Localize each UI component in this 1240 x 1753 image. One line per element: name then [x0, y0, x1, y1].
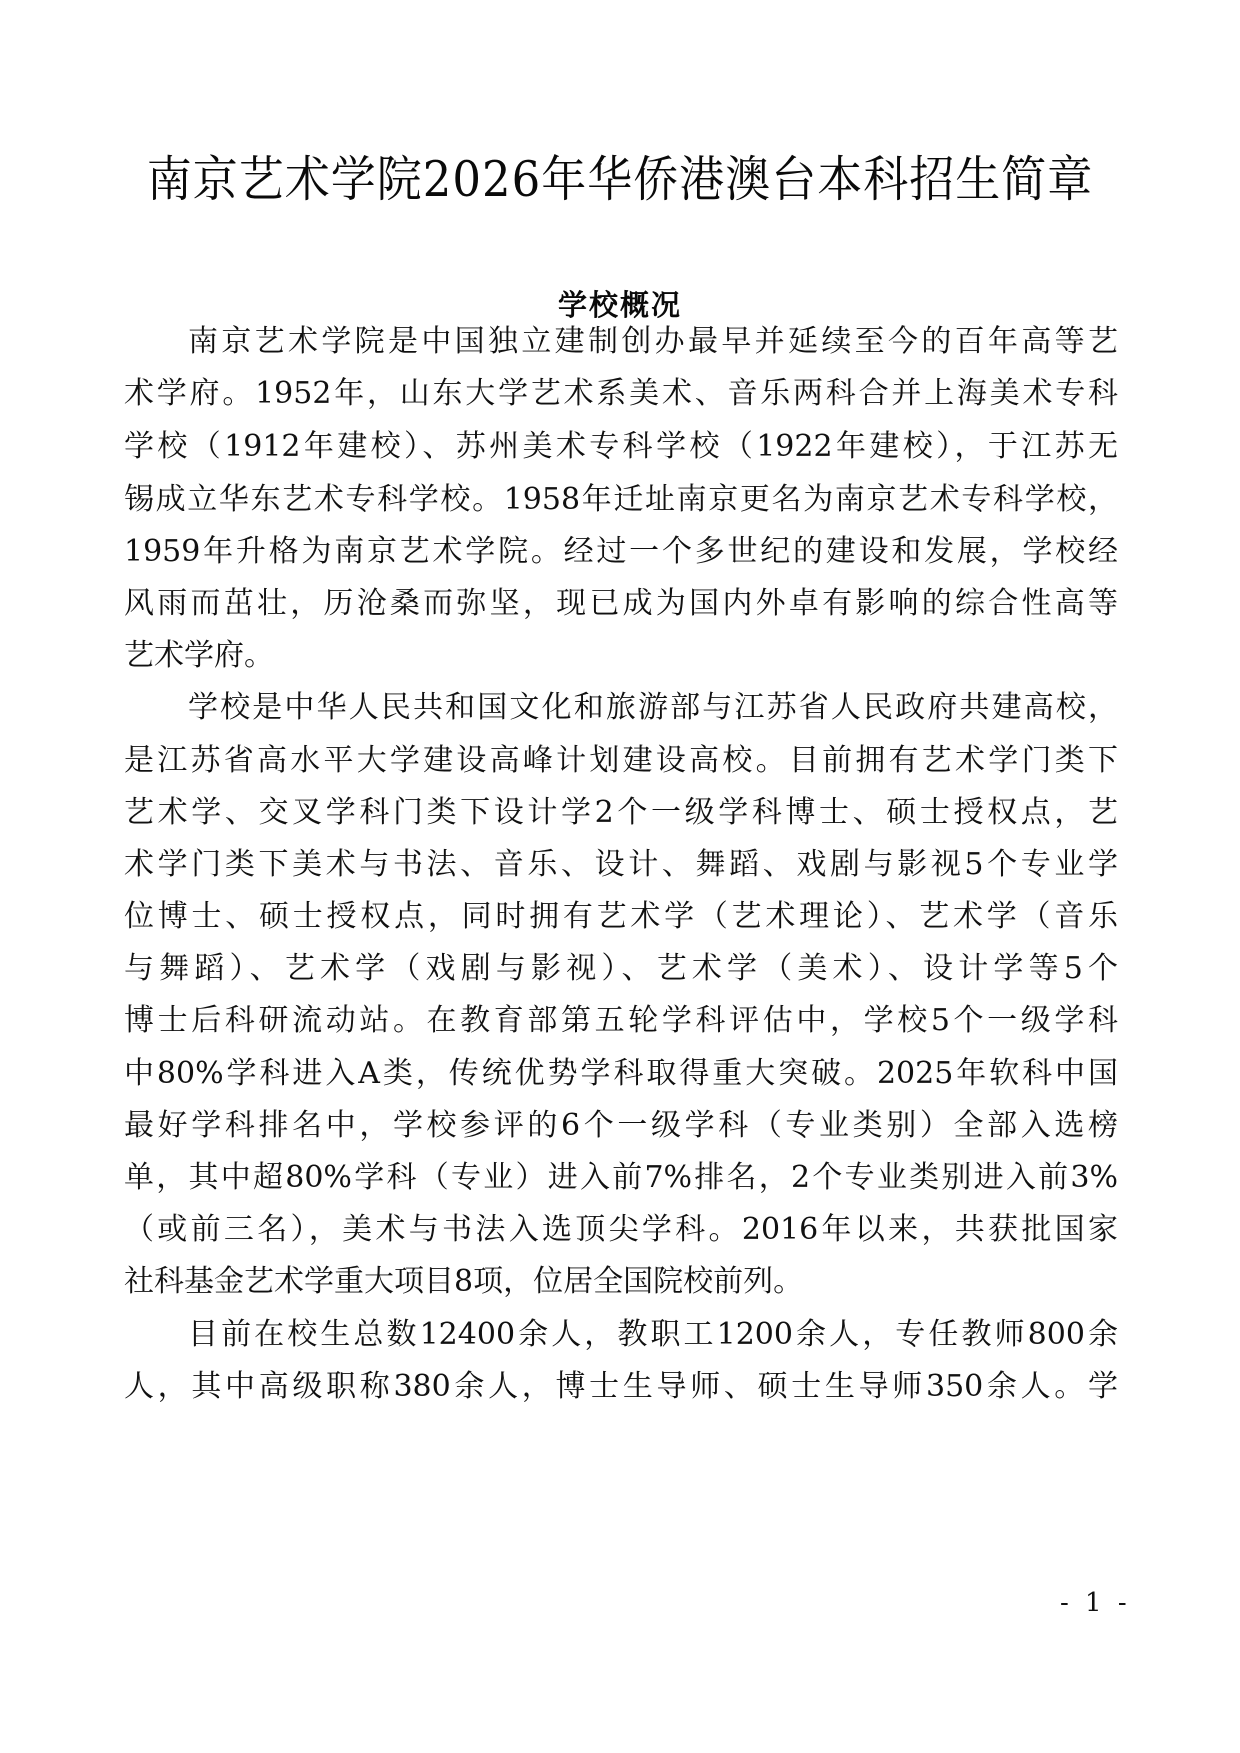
text-line: 术学府。1952年，山东大学艺术系美术、音乐两科合并上海美术专科 — [124, 372, 1118, 416]
text-line: 人，其中高级职称380余人，博士生导师、硕士生导师350余人。学 — [124, 1365, 1118, 1409]
text-line: 与舞蹈）、艺术学（戏剧与影视）、艺术学（美术）、设计学等5个 — [124, 947, 1118, 991]
text-line: 锡成立华东艺术专科学校。1958年迁址南京更名为南京艺术专科学校， — [124, 478, 1118, 522]
section-heading: 学校概况 — [0, 285, 1240, 325]
document-page: 南京艺术学院2026年华侨港澳台本科招生简章 学校概况 南京艺术学院是中国独立建… — [0, 0, 1240, 1753]
text-line: 博士后科研流动站。在教育部第五轮学科评估中，学校5个一级学科 — [124, 999, 1118, 1043]
text-line: 1959年升格为南京艺术学院。经过一个多世纪的建设和发展，学校经 — [124, 530, 1118, 574]
text-line: 学校是中华人民共和国文化和旅游部与江苏省人民政府共建高校， — [188, 686, 1118, 730]
document-title: 南京艺术学院2026年华侨港澳台本科招生简章 — [0, 148, 1240, 213]
text-line: 是江苏省高水平大学建设高峰计划建设高校。目前拥有艺术学门类下 — [124, 739, 1118, 783]
text-line: 风雨而茁壮，历沧桑而弥坚，现已成为国内外卓有影响的综合性高等 — [124, 582, 1118, 626]
text-line: 社科基金艺术学重大项目8项，位居全国院校前列。 — [124, 1260, 1118, 1304]
text-line: 艺术学、交叉学科门类下设计学2个一级学科博士、硕士授权点，艺 — [124, 791, 1118, 835]
text-line: 目前在校生总数12400余人，教职工1200余人，专任教师800余 — [188, 1313, 1118, 1357]
text-line: 位博士、硕士授权点，同时拥有艺术学（艺术理论）、艺术学（音乐 — [124, 895, 1118, 939]
text-line: 中80%学科进入A类，传统优势学科取得重大突破。2025年软科中国 — [124, 1052, 1118, 1096]
page-number: - 1 - — [1060, 1585, 1140, 1621]
text-line: 最好学科排名中，学校参评的6个一级学科（专业类别）全部入选榜 — [124, 1104, 1118, 1148]
text-line: 学校（1912年建校）、苏州美术专科学校（1922年建校），于江苏无 — [124, 425, 1118, 469]
text-line: 单，其中超80%学科（专业）进入前7%排名，2个专业类别进入前3% — [124, 1156, 1118, 1200]
text-line: 艺术学府。 — [124, 634, 1118, 678]
text-line: 南京艺术学院是中国独立建制创办最早并延续至今的百年高等艺 — [188, 320, 1118, 364]
text-line: 术学门类下美术与书法、音乐、设计、舞蹈、戏剧与影视5个专业学 — [124, 843, 1118, 887]
text-line: （或前三名），美术与书法入选顶尖学科。2016年以来，共获批国家 — [124, 1208, 1118, 1252]
